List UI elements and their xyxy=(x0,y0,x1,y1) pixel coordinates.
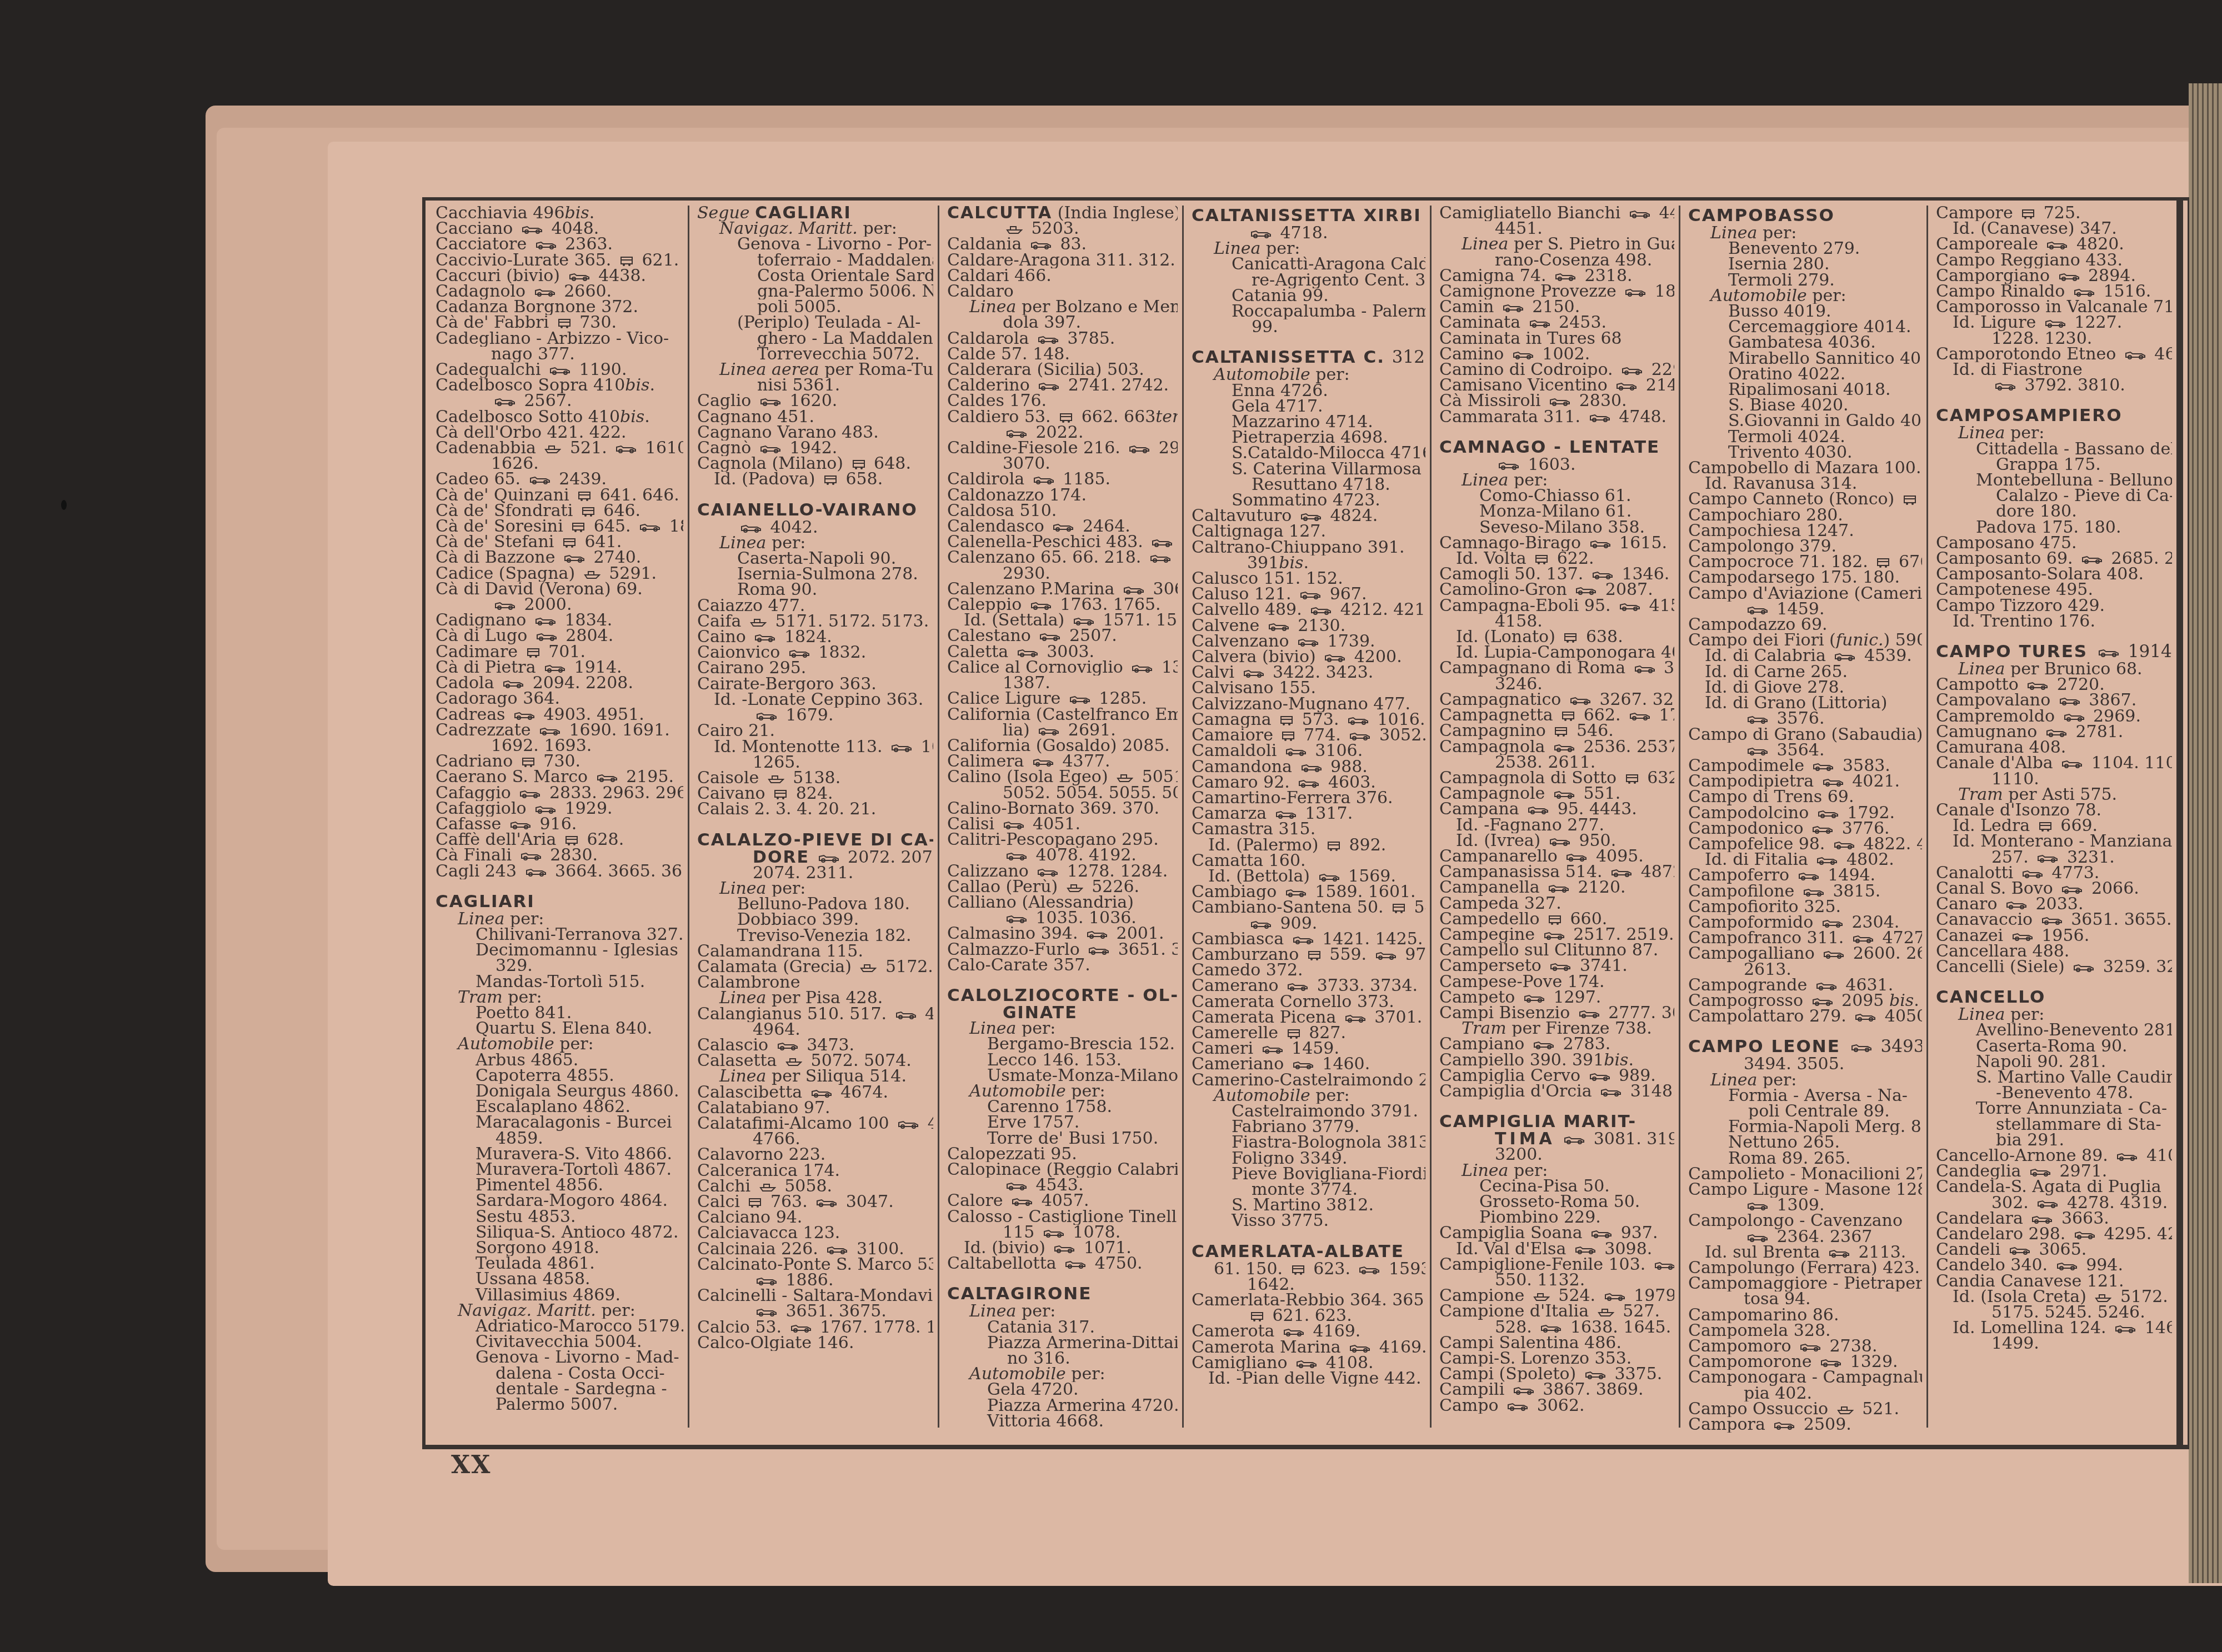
entry-detail: Termoli 4024. xyxy=(1688,429,1922,445)
station-entry: Canazei 1956. xyxy=(1936,928,2172,944)
station-entry: Camarza 1317. xyxy=(1192,806,1425,822)
automobile-icon xyxy=(2073,963,2094,972)
station-entry: Campo 3062. xyxy=(1439,1398,1674,1414)
station-entry: Cadice (Spagna) 5291. xyxy=(436,566,683,582)
station-entry: Caltrano-Chiuppano 391. xyxy=(1192,540,1425,555)
station-entry: Cagli 243 3664. 3665. 3666. xyxy=(436,864,683,879)
station-entry: Cadegualchi 1190. xyxy=(436,362,683,378)
entry-detail: Id. (Padova) 658. xyxy=(697,472,933,487)
station-entry: Cacciano 4048. xyxy=(436,221,683,237)
station-entry: Calestano 2507. xyxy=(947,628,1178,644)
entry-detail: Ripalimosani 4018. xyxy=(1688,382,1922,398)
entry-detail: 3200. xyxy=(1439,1147,1674,1163)
automobile-icon xyxy=(503,679,524,688)
automobile-icon xyxy=(514,711,535,720)
entry-detail: Id. Val d'Elsa 3098. xyxy=(1439,1241,1674,1257)
station-entry: Campodazzo 69. xyxy=(1688,617,1922,633)
entry-detail: 1626. xyxy=(436,456,683,472)
station-entry: Canale d'Isonzo 78. xyxy=(1936,803,2172,818)
station-entry: Calenzano P.Marina 3066. xyxy=(947,582,1178,597)
station-entry: Cà Missiroli 2830. xyxy=(1439,393,1674,409)
tram-icon xyxy=(582,506,595,517)
entry-detail: Automobile per: xyxy=(1192,1088,1425,1104)
station-entry: Calamandrana 115. xyxy=(697,944,933,959)
automobile-icon xyxy=(1250,229,1272,238)
automobile-icon xyxy=(1812,825,1833,834)
station-entry: Campi-S. Lorenzo 353. xyxy=(1439,1351,1674,1366)
ship-icon xyxy=(768,774,784,784)
entry-detail: Linea per: xyxy=(1192,241,1425,257)
automobile-icon xyxy=(1747,747,1768,755)
automobile-icon xyxy=(1283,1328,1304,1336)
entry-detail: Termoli 279. xyxy=(1688,273,1922,288)
tram-icon xyxy=(578,490,591,502)
station-entry: Calopinace (Reggio Calabria) xyxy=(947,1162,1178,1178)
station-entry: Candeli 3065. xyxy=(1936,1242,2172,1258)
automobile-icon xyxy=(1349,732,1370,740)
entry-detail: 257. 3231. xyxy=(1936,850,2172,865)
entry-detail: 2613. xyxy=(1688,962,1922,978)
automobile-icon xyxy=(1073,617,1094,625)
station-entry: Campofilone 3815. xyxy=(1688,884,1922,899)
automobile-icon xyxy=(1823,778,1844,787)
entry-detail: 4718. xyxy=(1192,226,1425,241)
station-entry: Calatabiano 97. xyxy=(697,1100,933,1116)
station-entry: Camagna 573. 1016. xyxy=(1192,712,1425,728)
automobile-icon xyxy=(1823,950,1844,959)
automobile-icon xyxy=(1006,1182,1027,1190)
station-entry: Calceranica 174. xyxy=(697,1163,933,1179)
entry-detail: Roccapalumba - Palermo xyxy=(1192,304,1425,319)
automobile-icon xyxy=(2046,241,2068,249)
ship-icon xyxy=(1006,224,1023,234)
station-entry: Caldaro xyxy=(947,284,1178,299)
entry-detail: Cercemaggiore 4014. xyxy=(1688,319,1922,335)
entry-detail: Genova - Livorno - Por- xyxy=(697,237,933,252)
automobile-icon xyxy=(519,789,541,798)
station-entry: Camugnano 2781. xyxy=(1936,724,2172,740)
station-entry: Campagnetta 662. 1709 xyxy=(1439,708,1674,723)
entry-detail: 4766. xyxy=(697,1132,933,1147)
station-entry: Campione 524. 1979. xyxy=(1439,1288,1674,1304)
entry-detail: Escalaplano 4862. xyxy=(436,1099,683,1115)
entry-detail: 391bis. xyxy=(1192,555,1425,571)
entry-detail: Castelraimondo 3791. xyxy=(1192,1104,1425,1119)
entry-detail: 1679. xyxy=(697,708,933,723)
entry-detail: 1309. xyxy=(1688,1198,1922,1213)
station-entry: Campi (Spoleto) 3375. xyxy=(1439,1366,1674,1382)
automobile-icon xyxy=(1129,444,1150,453)
entry-detail: Genova - Livorno - Mad- xyxy=(436,1350,683,1365)
station-entry: Calo-Carate 357. xyxy=(947,958,1178,973)
station-entry: Campoferro 1494. xyxy=(1688,868,1922,883)
entry-detail: Maracalagonis - Burcei xyxy=(436,1115,683,1130)
automobile-icon xyxy=(1747,715,1768,724)
automobile-icon xyxy=(2115,1324,2136,1333)
automobile-icon xyxy=(1590,539,1611,548)
entry-detail: Id. Montenotte 113. 1089 xyxy=(697,739,933,755)
entry-detail: Linea per Siliqua 514. xyxy=(697,1069,933,1084)
station-entry: Campiglia Cervo 989. xyxy=(1439,1068,1674,1084)
station-entry: Cancello-Arnone 89. 4109. xyxy=(1936,1148,2172,1164)
entry-detail: Avellino-Benevento 281. xyxy=(1936,1023,2172,1038)
station-entry: CALCUTTA (India Inglese) xyxy=(947,206,1178,221)
automobile-icon xyxy=(1507,1402,1528,1411)
station-entry: Cambiago 1589. 1601. xyxy=(1192,884,1425,900)
station-entry: Cà di Lugo 2804. xyxy=(436,628,683,644)
automobile-icon xyxy=(2074,288,2095,297)
entry-detail: 3792. 3810. xyxy=(1936,378,2172,393)
station-entry: Camerino-Castelraimondo 242 xyxy=(1192,1073,1425,1088)
automobile-icon xyxy=(1298,638,1319,647)
automobile-icon xyxy=(1747,1202,1768,1210)
station-entry: Campili 3867. 3869. xyxy=(1439,1382,1674,1398)
automobile-icon xyxy=(1619,602,1640,611)
automobile-icon xyxy=(2061,759,2083,768)
station-entry: Camedo 372. xyxy=(1192,963,1425,978)
station-entry: Campo Reggiano 433. xyxy=(1936,253,2172,268)
automobile-icon xyxy=(2045,319,2066,328)
entry-detail: Resuttano 4718. xyxy=(1192,477,1425,493)
station-entry: Cadola 2094. 2208. xyxy=(436,675,683,691)
station-entry: Calderino 2741. 2742. xyxy=(947,378,1178,393)
station-entry: Camporosso in Valcanale 71. xyxy=(1936,299,2172,315)
station-entry: Calvenzano 1739. xyxy=(1192,634,1425,649)
entry-detail: 5052. 5054. 5055. 5056. xyxy=(947,785,1178,801)
tram-icon xyxy=(824,474,837,485)
automobile-icon xyxy=(1570,696,1591,705)
entry-detail: Muravera-S. Vito 4866. xyxy=(436,1147,683,1162)
station-entry: Calciano 94. xyxy=(697,1210,933,1225)
station-entry: Campagnatico 3267. 3270. xyxy=(1439,692,1674,708)
automobile-icon xyxy=(536,632,557,641)
automobile-icon xyxy=(1604,1292,1625,1301)
entry-detail: 1265. xyxy=(697,755,933,770)
entry-detail: 1459. xyxy=(1688,602,1922,617)
automobile-icon xyxy=(898,1120,919,1129)
entry-detail: 2074. 2311. xyxy=(697,865,933,881)
entry-detail: Id. di Fiastrone xyxy=(1936,362,2172,378)
tram-icon xyxy=(522,757,535,768)
entry-detail: Id. Volta 622. xyxy=(1439,551,1674,567)
station-entry: Campolungo (Ferrara) 423. xyxy=(1688,1260,1922,1276)
entry-detail: Donigala Seurgus 4860. xyxy=(436,1084,683,1099)
automobile-icon xyxy=(1629,209,1650,218)
entry-detail: Linea per Bolzano e Men- xyxy=(947,299,1178,315)
automobile-icon xyxy=(2009,1246,2030,1255)
station-entry: Campagnole 551. xyxy=(1439,786,1674,802)
station-entry: Campiglione-Fenile 103. xyxy=(1439,1257,1674,1273)
ship-icon xyxy=(1117,773,1133,783)
entry-detail: 4078. 4192. xyxy=(947,848,1178,863)
automobile-icon xyxy=(2006,900,2027,909)
entry-detail: 1603. xyxy=(1439,457,1674,473)
station-entry: Campovalano 3867. xyxy=(1936,693,2172,708)
automobile-icon xyxy=(494,397,516,406)
automobile-icon xyxy=(1038,335,1059,344)
automobile-icon xyxy=(740,524,762,533)
station-entry: Calendasco 2464. xyxy=(947,519,1178,534)
station-entry: Camporeale 4820. xyxy=(1936,237,2172,252)
station-entry: Calais 2. 3. 4. 20. 21. xyxy=(697,802,933,817)
station-entry: Campiano 2783. xyxy=(1439,1037,1674,1052)
station-entry: Campomarino 86. xyxy=(1688,1308,1922,1323)
station-entry: Caminata in Tures 68 xyxy=(1439,331,1674,347)
entry-detail: 3494. 3505. xyxy=(1688,1057,1922,1072)
automobile-icon xyxy=(1038,382,1059,391)
automobile-icon xyxy=(1629,712,1650,720)
automobile-icon xyxy=(1293,1060,1314,1069)
station-entry: Cadreas 4903. 4951. xyxy=(436,707,683,723)
automobile-icon xyxy=(1150,554,1171,563)
entry-detail: 2567. xyxy=(436,393,683,409)
automobile-icon xyxy=(1503,303,1524,312)
station-entry: Camposanto-Solara 408. xyxy=(1936,567,2172,582)
automobile-icon xyxy=(2037,1199,2058,1208)
station-entry: Campagnino 546. xyxy=(1439,723,1674,739)
station-entry: Cameriano 1460. xyxy=(1192,1057,1425,1072)
entry-detail: Treviso-Venezia 182. xyxy=(697,928,933,944)
entry-detail: Id. (Lonato) 638. xyxy=(1439,629,1674,645)
automobile-icon xyxy=(1359,1265,1380,1274)
entry-detail: Mandas-Tortolì 515. xyxy=(436,974,683,990)
station-entry: Calavorno 223. xyxy=(697,1147,933,1163)
automobile-icon xyxy=(1625,288,1646,297)
station-entry: Campodipietra 4021. xyxy=(1688,774,1922,789)
automobile-icon xyxy=(1006,852,1027,860)
station-entry: Campana 95. 4443. xyxy=(1439,802,1674,817)
entry-detail: Mirabello Sannitico 4016. xyxy=(1688,351,1922,367)
station-entry: Candelo 340. 994. xyxy=(1936,1258,2172,1273)
station-entry: Calambrone xyxy=(697,975,933,990)
automobile-icon xyxy=(1017,648,1038,657)
entry-detail: 4158. xyxy=(1439,614,1674,629)
entry-detail: Muravera-Tortolì 4867. xyxy=(436,1162,683,1178)
entry-detail: 2000. xyxy=(436,597,683,613)
station-entry: Calvello 489. 4212. 4218. xyxy=(1192,602,1425,618)
entry-detail: Automobile per: xyxy=(947,1366,1178,1382)
station-entry: Calangianus 510. 517. 4940 xyxy=(697,1007,933,1022)
entry-detail: Id. di Calabria 4539. xyxy=(1688,648,1922,664)
entry-detail: Id. Lupia-Camponogara 402. xyxy=(1439,645,1674,660)
frame-right-rule xyxy=(2176,197,2183,1446)
station-entry: Canal S. Bovo 2066. xyxy=(1936,881,2172,897)
station-entry: Campanasissa 514. 4872. xyxy=(1439,864,1674,880)
entry-detail: 621. 623. xyxy=(1192,1308,1425,1324)
automobile-icon xyxy=(510,820,531,829)
entry-detail: 2538. 2611. xyxy=(1439,755,1674,770)
entry-detail: Navigaz. Maritt. per: xyxy=(697,221,933,237)
station-entry: Calasetta 5072. 5074. xyxy=(697,1053,933,1069)
station-entry: Campegine 2517. 2519. xyxy=(1439,927,1674,943)
station-entry: Camurana 408. xyxy=(1936,740,2172,755)
entry-detail: Pieve Bovigliana-Fiordi- xyxy=(1192,1167,1425,1182)
entry-detail: Calalzo - Pieve di Ca- xyxy=(1936,488,2172,504)
station-entry: Campo di Grano (Sabaudia) xyxy=(1688,727,1922,743)
station-entry: Canaro 2033. xyxy=(1936,897,2172,912)
station-entry: Campobello di Mazara 100. xyxy=(1688,460,1922,476)
automobile-icon xyxy=(1345,1014,1366,1023)
station-entry: Callao (Perù) 5226. xyxy=(947,879,1178,895)
station-entry: Cà dell'Orbo 421. 422. xyxy=(436,425,683,440)
automobile-icon xyxy=(1375,951,1397,960)
station-entry: Campagnola 2536. 2537. xyxy=(1439,739,1674,755)
automobile-icon xyxy=(789,649,810,658)
entry-detail: Id. Monterano - Manziana xyxy=(1936,834,2172,849)
automobile-icon xyxy=(1533,1040,1554,1049)
station-entry: Cafasse 916. xyxy=(436,817,683,832)
tram-icon xyxy=(2021,208,2035,219)
entry-detail: Erve 1757. xyxy=(947,1115,1178,1130)
entry-detail: 1387. xyxy=(947,675,1178,691)
entry-detail: Id. -Lonate Ceppino 363. xyxy=(697,692,933,708)
station-entry: Cacciatore 2363. xyxy=(436,237,683,252)
automobile-icon xyxy=(2116,1152,2138,1161)
station-entry: Camigna 74. 2318. xyxy=(1439,268,1674,284)
station-entry: Calcinaia 226. 3100. xyxy=(697,1241,933,1257)
automobile-icon xyxy=(1298,779,1319,788)
station-entry: Campiglia Soana 937. xyxy=(1439,1225,1674,1241)
automobile-icon xyxy=(2059,272,2080,281)
automobile-icon xyxy=(1039,632,1060,641)
section-heading: CALALZO-PIEVE DI CA- xyxy=(697,830,933,850)
station-entry: Camogli 50. 137. 1346. 1347. xyxy=(1439,567,1674,582)
automobile-icon xyxy=(1132,664,1153,673)
entry-detail: 3070. xyxy=(947,456,1178,472)
station-entry: Campomaggiore - Pietraper- xyxy=(1688,1276,1922,1291)
tram-icon xyxy=(1548,914,1562,925)
automobile-icon xyxy=(1300,512,1322,521)
automobile-icon xyxy=(522,225,543,234)
automobile-icon xyxy=(2031,1215,2053,1224)
station-entry: Cairano 295. xyxy=(697,660,933,676)
automobile-icon xyxy=(1513,351,1534,359)
entry-detail: Tram per: xyxy=(436,990,683,1005)
automobile-icon xyxy=(777,1042,798,1050)
entry-detail: 1035. 1036. xyxy=(947,910,1178,926)
station-entry: Campore 725. xyxy=(1936,206,2172,221)
automobile-icon xyxy=(1301,763,1322,772)
station-entry: Calino (Isola Egeo) 5051. xyxy=(947,769,1178,785)
station-entry: Campogrosso 2095 bis. xyxy=(1688,993,1922,1009)
station-entry: Calcinelli - Saltara-Mondavio xyxy=(697,1288,933,1304)
automobile-icon xyxy=(564,554,585,563)
station-entry: Camino 1002. xyxy=(1439,347,1674,362)
entry-detail: Roma 90. xyxy=(697,582,933,598)
automobile-icon xyxy=(1834,840,1855,849)
automobile-icon xyxy=(1319,873,1340,882)
tram-icon xyxy=(852,459,865,470)
station-entry: Cadriano 730. xyxy=(436,754,683,769)
station-entry: Calcio 53. 1767. 1778. 1789. xyxy=(697,1320,933,1335)
entry-detail: Gela 4720. xyxy=(947,1382,1178,1398)
station-entry: Calcinato-Ponte S. Marco 53. xyxy=(697,1257,933,1273)
station-entry: Caccuri (bivio) 4438. xyxy=(436,268,683,284)
automobile-icon xyxy=(1654,1261,1674,1270)
station-entry: Cà de' Stefani 641. xyxy=(436,534,683,550)
entry-detail: 528. 1638. 1645. xyxy=(1439,1320,1674,1335)
tram-icon xyxy=(774,789,787,800)
station-entry: Campeto 1297. xyxy=(1439,990,1674,1005)
station-entry: Caldare-Aragona 311. 312. xyxy=(947,253,1178,268)
station-entry: Calore 4057. xyxy=(947,1193,1178,1209)
station-entry: Campiello 390. 391bis. xyxy=(1439,1053,1674,1068)
station-entry: Campese-Pove 174. xyxy=(1439,974,1674,990)
automobile-icon xyxy=(2064,713,2085,722)
entry-detail: 1886. xyxy=(697,1273,933,1288)
entry-detail: Id. -Pian delle Vigne 442. xyxy=(1192,1371,1425,1386)
automobile-icon xyxy=(1554,790,1575,799)
entry-detail: toferraio - Maddalena - xyxy=(697,253,933,268)
entry-detail: Como-Chiasso 61. xyxy=(1439,488,1674,504)
station-entry: Camerelle 827. xyxy=(1192,1025,1425,1041)
entry-detail: ghero - La Maddalena- xyxy=(697,331,933,347)
station-entry: Campotto 2720. xyxy=(1936,677,2172,693)
station-entry: Camin 2150. xyxy=(1439,299,1674,315)
entry-detail: Napoli 90. 281. xyxy=(1936,1054,2172,1070)
section-heading: CAMPIGLIA MARIT- xyxy=(1439,1112,1674,1132)
automobile-icon xyxy=(2027,681,2048,690)
tram-icon xyxy=(1250,1311,1264,1322)
station-entry: Cambiasca 1421. 1425. xyxy=(1192,932,1425,947)
tram-icon xyxy=(1280,715,1293,726)
automobile-icon xyxy=(1812,997,1833,1006)
station-entry: Caltavuturo 4824. xyxy=(1192,508,1425,524)
station-entry: Caldirola 1185. xyxy=(947,472,1178,487)
entry-detail: Seveso-Milano 358. xyxy=(1439,520,1674,535)
station-entry: Caletta 3003. xyxy=(947,644,1178,660)
entry-detail: Linea per S. Pietro in Gua- xyxy=(1439,237,1674,252)
entry-detail: Civitavecchia 5004. xyxy=(436,1334,683,1350)
station-entry: Cairo 21. xyxy=(697,723,933,739)
station-entry: Campo Rinaldo 1516. xyxy=(1936,284,2172,299)
automobile-icon xyxy=(1589,413,1610,422)
automobile-icon xyxy=(754,633,775,642)
section-heading: CAGLIARI xyxy=(436,892,683,912)
station-entry: Calisi 4051. xyxy=(947,817,1178,832)
station-entry: Camporotondo Etneo 4655. xyxy=(1936,347,2172,362)
entry-detail: Id. Trentino 176. xyxy=(1936,614,2172,629)
entry-detail: Linea per: xyxy=(1688,226,1922,241)
station-entry: Campotenese 495. xyxy=(1936,582,2172,598)
station-entry: Cà Finali 2830. xyxy=(436,848,683,863)
automobile-icon xyxy=(1800,1343,1821,1351)
automobile-icon xyxy=(569,272,590,281)
automobile-icon xyxy=(1287,982,1308,991)
station-entry: Calvene 2130. xyxy=(1192,618,1425,634)
station-entry: Cadenabbia 521. 1610. xyxy=(436,440,683,456)
automobile-icon xyxy=(2037,854,2058,863)
station-entry: Cà de' Soresini 645. 1894 xyxy=(436,519,683,534)
station-entry: Cadeo 65. 2439. xyxy=(436,472,683,487)
entry-detail: Fiastra-Bolognola 3813. xyxy=(1192,1135,1425,1150)
automobile-icon xyxy=(1088,946,1109,955)
automobile-icon xyxy=(1564,1135,1585,1144)
station-entry: Canale d'Alba 1104. 1105. xyxy=(1936,755,2172,771)
tram-icon xyxy=(1059,412,1073,423)
station-entry: Campofranco 311. 4727. xyxy=(1688,930,1922,946)
station-entry: Camnago-Birago 1615. xyxy=(1439,535,1674,551)
entry-detail: 3246. xyxy=(1439,677,1674,692)
entry-detail: Id. -Fagnano 277. xyxy=(1439,818,1674,833)
station-entry: Cagnano 451. xyxy=(697,409,933,425)
station-entry: Calci 763. 3047. xyxy=(697,1194,933,1210)
station-entry: Campi Salentina 486. xyxy=(1439,1335,1674,1351)
automobile-icon xyxy=(2074,1230,2095,1239)
tram-icon xyxy=(527,647,540,658)
entry-detail: re-Agrigento Cent. 312. xyxy=(1192,273,1425,288)
entry-detail: 5203. xyxy=(947,221,1178,237)
